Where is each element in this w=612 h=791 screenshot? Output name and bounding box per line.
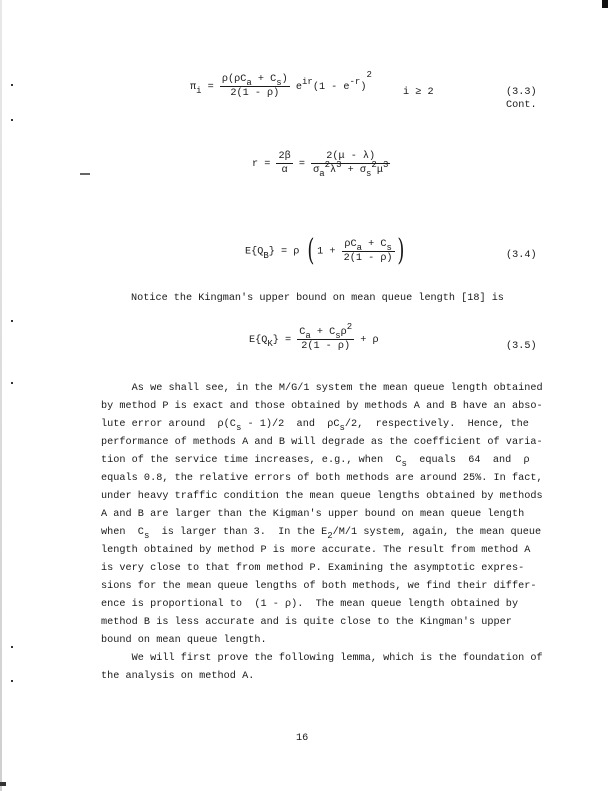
text-subscript: 2	[327, 531, 332, 541]
body-line: As we shall see, in the M/G/1 system the…	[101, 383, 543, 394]
eq-subscript: B	[263, 251, 268, 261]
text-subscript: s	[402, 459, 407, 469]
fraction: Ca + Csρ2 2(1 - ρ)	[297, 327, 354, 352]
body-line: is very close to that from method P. Exa…	[101, 563, 524, 574]
text-run: - 1)/2 and ρC	[241, 419, 339, 430]
scan-speck	[11, 84, 13, 86]
fraction: ρCa + Cs 2(1 - ρ)	[342, 239, 395, 264]
eq-subscript: a	[319, 169, 324, 179]
eq-text: 2(1 - ρ)	[220, 87, 290, 99]
scan-edge	[0, 0, 2, 791]
document-page: πi = ρ(ρCa + Cs) 2(1 - ρ) eir(1 - e-r)2 …	[0, 0, 612, 791]
scan-speck	[11, 680, 13, 682]
eq-text: } =	[273, 335, 291, 346]
fraction: 2β α	[276, 151, 292, 176]
scan-speck	[80, 173, 90, 175]
eq-text: 2β	[276, 151, 292, 164]
scan-speck	[11, 382, 13, 384]
eq-text: + ρ	[360, 335, 378, 346]
eq-text: 2(1 - ρ)	[342, 252, 395, 264]
equation-label-cont: Cont.	[506, 100, 537, 111]
body-line: method B is less accurate and is quite c…	[101, 617, 512, 628]
text-run: tion of the service time increases, e.g.…	[101, 455, 402, 466]
body-line: when Cs is larger than 3. In the E2/M/1 …	[101, 527, 541, 538]
eq-superscript: 2	[347, 322, 352, 332]
eq-subscript: K	[267, 339, 272, 349]
eq-text: E{Q	[245, 247, 263, 258]
eq-text: 2(μ - λ)	[311, 151, 390, 164]
eq-text: r =	[252, 159, 270, 170]
scan-speck	[11, 119, 13, 121]
scan-corner-mark	[602, 0, 608, 8]
body-line: tion of the service time increases, e.g.…	[101, 455, 530, 466]
eq-subscript: s	[335, 331, 340, 341]
body-line: sions for the mean queue lengths of both…	[101, 581, 536, 592]
body-line: We will first prove the following lemma,…	[101, 653, 543, 664]
scan-speck	[11, 320, 13, 322]
eq-text: α	[276, 164, 292, 176]
kingman-intro-text: Notice the Kingman's upper bound on mean…	[131, 292, 504, 305]
body-line: performance of methods A and B will degr…	[101, 437, 543, 448]
text-run: /2, respectively. Hence, the	[345, 419, 529, 430]
eq-superscript: 2	[325, 160, 330, 170]
body-line: bound on mean queue length.	[101, 635, 267, 646]
eq-subscript: s	[366, 169, 371, 179]
left-paren: (	[308, 236, 315, 266]
text-subscript: s	[144, 531, 149, 541]
eq-superscript: 2	[371, 160, 376, 170]
page-number: 16	[296, 733, 308, 744]
scan-speck	[0, 782, 6, 786]
eq-text: (1 - e	[313, 82, 350, 93]
scan-speck	[11, 646, 13, 648]
eq-subscript: i	[196, 86, 201, 96]
body-line: lute error around ρ(Cs - 1)/2 and ρCs/2,…	[101, 419, 529, 430]
eq-text: + C	[311, 327, 335, 338]
eq-text: =	[299, 159, 305, 170]
eq-superscript: 2	[366, 70, 371, 80]
equation-label: (3.4)	[506, 250, 537, 261]
text-subscript: s	[236, 423, 241, 433]
body-line: A and B are larger than the Kigman's upp…	[101, 509, 524, 520]
fraction: 2(μ - λ) σa2λ3 + σs2μ3	[311, 151, 390, 176]
eq-superscript: ir	[302, 77, 313, 87]
eq-text: E{Q	[249, 335, 267, 346]
eq-superscript: 3	[336, 160, 341, 170]
eq-text: ρ	[341, 327, 347, 338]
body-line: length obtained by method P is more accu…	[101, 545, 530, 556]
body-line: by method P is exact and those obtained …	[101, 401, 543, 412]
eq-text: + C	[252, 74, 276, 85]
equation-r: r = 2β α = 2(μ - λ) σa2λ3 + σs2μ3	[252, 151, 390, 176]
text-run: equals 64 and ρ	[407, 455, 530, 466]
body-line: the analysis on method A.	[101, 671, 254, 682]
eq-text: 2(1 - ρ)	[297, 340, 354, 352]
eq-subscript: a	[305, 331, 310, 341]
text-run: lute error around ρ(C	[101, 419, 236, 430]
eq-text: )	[360, 82, 366, 93]
eq-text: ρC	[344, 239, 356, 250]
right-paren: )	[397, 236, 404, 266]
text-subscript: s	[340, 423, 345, 433]
equation-3-5: E{QK} = Ca + Csρ2 2(1 - ρ) + ρ	[249, 327, 379, 352]
text-run: is larger than 3. In the E	[149, 527, 327, 538]
eq-text: ρ(ρC	[222, 74, 246, 85]
equation-label: (3.5)	[506, 341, 537, 352]
eq-text: + σ	[342, 165, 366, 176]
eq-text: } = ρ	[269, 247, 300, 258]
equation-3-4: E{QB} = ρ (1 + ρCa + Cs 2(1 - ρ) )	[245, 236, 406, 266]
eq-subscript: s	[276, 78, 281, 88]
eq-subscript: s	[386, 243, 391, 253]
eq-superscript: -r	[350, 77, 361, 87]
text-run: when C	[101, 527, 144, 538]
eq-text: 1 +	[317, 247, 335, 258]
body-line: ence is proportional to (1 - ρ). The mea…	[101, 599, 518, 610]
eq-text: )	[282, 74, 288, 85]
body-line: equals 0.8, the relative errors of both …	[101, 473, 543, 484]
eq-text: + C	[362, 239, 386, 250]
equation-3-3: πi = ρ(ρCa + Cs) 2(1 - ρ) eir(1 - e-r)2	[190, 74, 372, 99]
eq-superscript: 3	[383, 160, 388, 170]
eq-subscript: a	[357, 243, 362, 253]
equation-condition: i ≥ 2	[403, 87, 434, 98]
text-run: /M/1 system, again, the mean queue	[333, 527, 542, 538]
fraction: ρ(ρCa + Cs) 2(1 - ρ)	[220, 74, 290, 99]
body-line: under heavy traffic condition the mean q…	[101, 491, 543, 502]
eq-subscript: a	[246, 78, 251, 88]
equation-label: (3.3)	[506, 87, 537, 98]
